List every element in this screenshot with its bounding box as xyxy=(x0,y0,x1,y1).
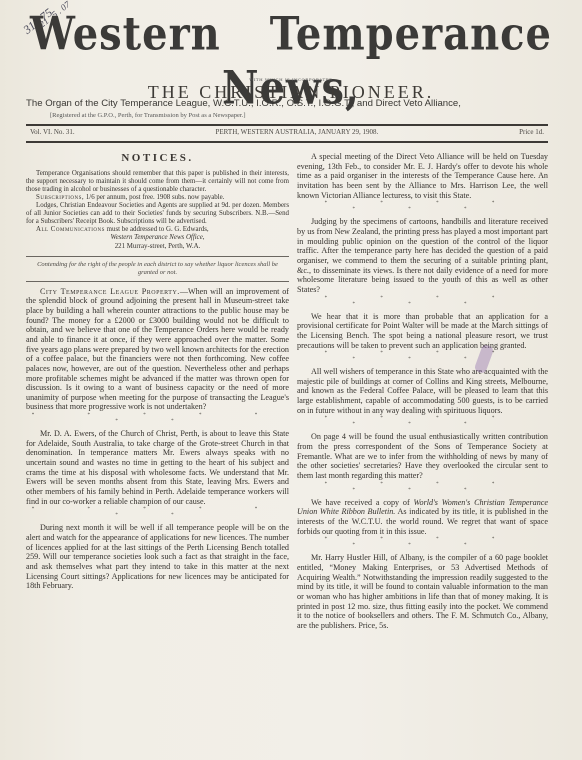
registered-note: [Registered at the G.P.O., Perth, for Tr… xyxy=(50,112,246,119)
article-licences: During next month it will be well if all… xyxy=(26,523,289,591)
article-direct-veto: A special meeting of the Direct Veto All… xyxy=(297,152,548,200)
notice-paragraph: Lodges, Christian Endeavour Societies an… xyxy=(26,202,289,226)
article-booklet: Mr. Harry Hustler Hill, of Albany, is th… xyxy=(297,553,548,630)
section-separator: * * * * * * * xyxy=(297,482,548,494)
notices-block: Temperance Organisations should remember… xyxy=(26,170,289,235)
header-rule-top xyxy=(26,124,548,126)
notice-paragraph: Temperance Organisations should remember… xyxy=(26,170,289,194)
notices-heading: NOTICES. xyxy=(26,154,289,164)
place-date: PERTH, WESTERN AUSTRALIA, JANUARY 29, 19… xyxy=(216,128,379,136)
price: Price 1d. xyxy=(519,128,544,136)
organ-line: The Organ of the City Temperance League,… xyxy=(26,98,582,109)
article-new-zealand: Judging by the specimens of cartoons, ha… xyxy=(297,217,548,294)
article-ewers: Mr. D. A. Ewers, of the Church of Christ… xyxy=(26,429,289,506)
article-fremantle: On page 4 will be found the usual enthus… xyxy=(297,432,548,480)
right-column: A special meeting of the Direct Veto All… xyxy=(297,152,548,631)
section-separator: * * * * * * * xyxy=(297,416,548,428)
volume-number: Vol. VI. No. 31. xyxy=(30,128,75,136)
left-column: NOTICES. Temperance Organisations should… xyxy=(26,152,289,591)
office-address: Western Temperance News Office, 221 Murr… xyxy=(26,234,289,250)
notice-communications: All Communications must be addressed to … xyxy=(26,226,289,234)
newspaper-page: 315 75 21 . 5 . 07 Western Temperance Ne… xyxy=(0,0,582,760)
section-separator: * * * * * * * xyxy=(297,296,548,308)
article-point-walter: We hear that it is more than probable th… xyxy=(297,312,548,351)
section-separator: * * * * * * * xyxy=(297,537,548,549)
section-separator: * * * * * * * xyxy=(297,201,548,213)
notice-subscriptions: Subscriptions, 1/6 per annum, post free.… xyxy=(26,194,289,202)
section-separator: * * * * * * * xyxy=(297,351,548,363)
article-coffee-palace: All well wishers of temperance in this S… xyxy=(297,367,548,415)
header-rule-bottom xyxy=(26,141,548,143)
section-separator: * * * * * * * xyxy=(26,507,289,519)
article-league-property: City Temperance League Property.—When wi… xyxy=(26,287,289,413)
article-white-ribbon: We have received a copy of World's Women… xyxy=(297,498,548,537)
masthead-word: Temperance xyxy=(270,7,552,61)
dateline: Vol. VI. No. 31. PERTH, WESTERN AUSTRALI… xyxy=(30,128,544,136)
motto: Contending for the right of the people i… xyxy=(26,256,289,282)
section-separator: * * * * * * * xyxy=(26,413,289,425)
masthead-word: Western xyxy=(30,7,221,61)
